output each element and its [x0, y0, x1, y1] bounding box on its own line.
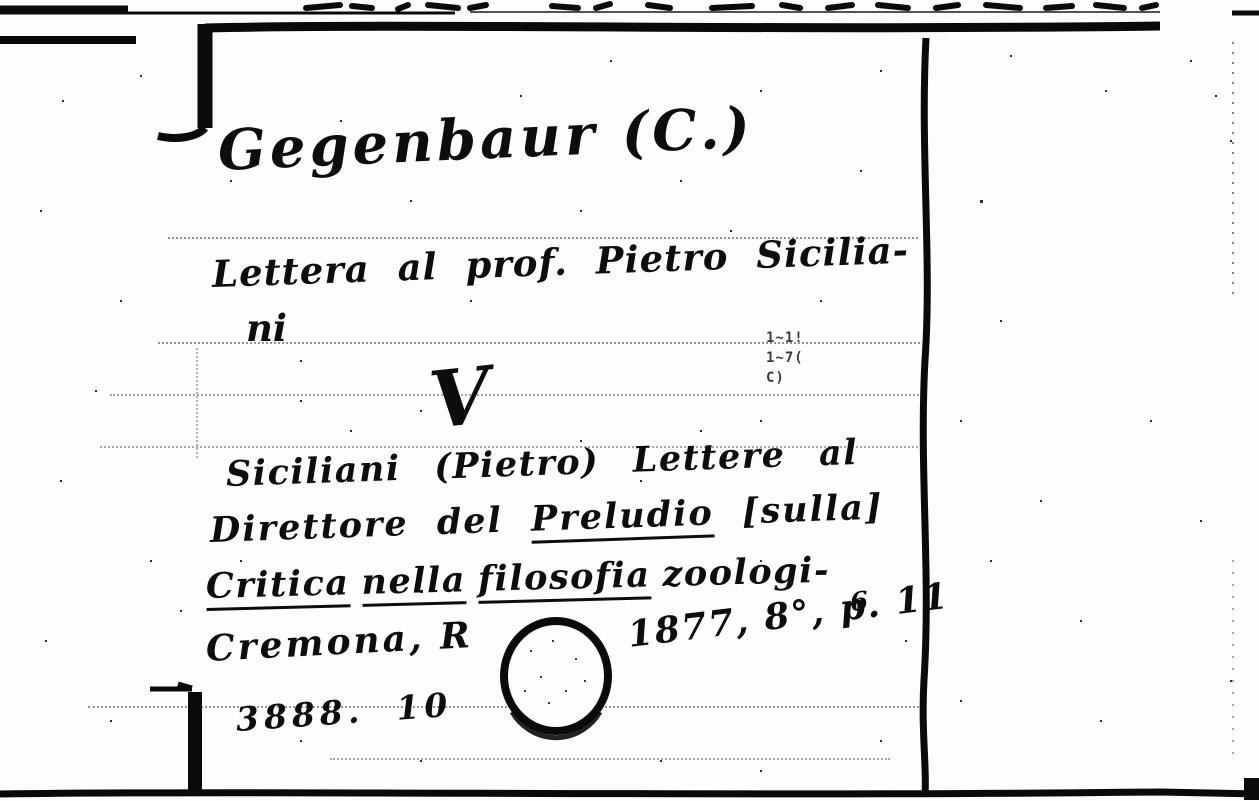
- underlined-word: nella: [361, 559, 467, 607]
- faint-stamp-marks: 1~1! 1~7( C): [766, 328, 804, 388]
- see-reference-mark: V: [425, 350, 495, 447]
- ruled-line: [330, 758, 890, 760]
- ruled-line: [88, 706, 923, 708]
- reference-line-2-bracketed: [sulla]: [741, 486, 884, 532]
- shelfmark-number: 3888. 10: [235, 685, 454, 739]
- card-crease-line: [196, 348, 198, 458]
- scan-corner-blot: [1244, 778, 1259, 800]
- left-bracket-mark: [158, 24, 205, 138]
- hole-speckles: [524, 640, 586, 704]
- faint-stamp-row: 1~1!: [766, 328, 804, 348]
- card-top-edge: [205, 26, 1160, 28]
- title-line-2: ni: [246, 306, 287, 350]
- imprint-place: Cremona, R: [205, 614, 474, 670]
- ruled-line: [110, 394, 922, 396]
- underlined-journal-title: Preludio: [530, 492, 714, 543]
- reference-line-2-text: Direttore del: [209, 500, 503, 551]
- underlined-word: Critica: [205, 562, 350, 611]
- reference-line-2: Direttore del Preludio [sulla]: [209, 486, 884, 550]
- underlined-word: filosofia: [477, 554, 651, 604]
- bottom-left-bracket-mark: [150, 684, 195, 793]
- card-bottom-edge: [0, 792, 1259, 794]
- card-right-edge: [923, 38, 927, 794]
- hole-punch: [504, 621, 608, 738]
- previous-card-text-fragments: [306, 4, 1156, 9]
- faint-stamp-row: 1~7(: [766, 348, 804, 368]
- reference-line-1: Siciliani (Pietro) Lettere al: [225, 432, 858, 495]
- reference-line-3: Criticanellafilosofiazoologi-: [205, 550, 830, 607]
- faint-stamp-row: C): [766, 368, 804, 388]
- scanned-catalog-card: Gegenbaur (C.) Lettera al prof. Pietro S…: [0, 0, 1259, 801]
- author-heading: Gegenbaur (C.): [217, 95, 756, 184]
- hyphenated-word: zoologi-: [662, 550, 831, 595]
- superscript-numeral: 6: [849, 586, 870, 617]
